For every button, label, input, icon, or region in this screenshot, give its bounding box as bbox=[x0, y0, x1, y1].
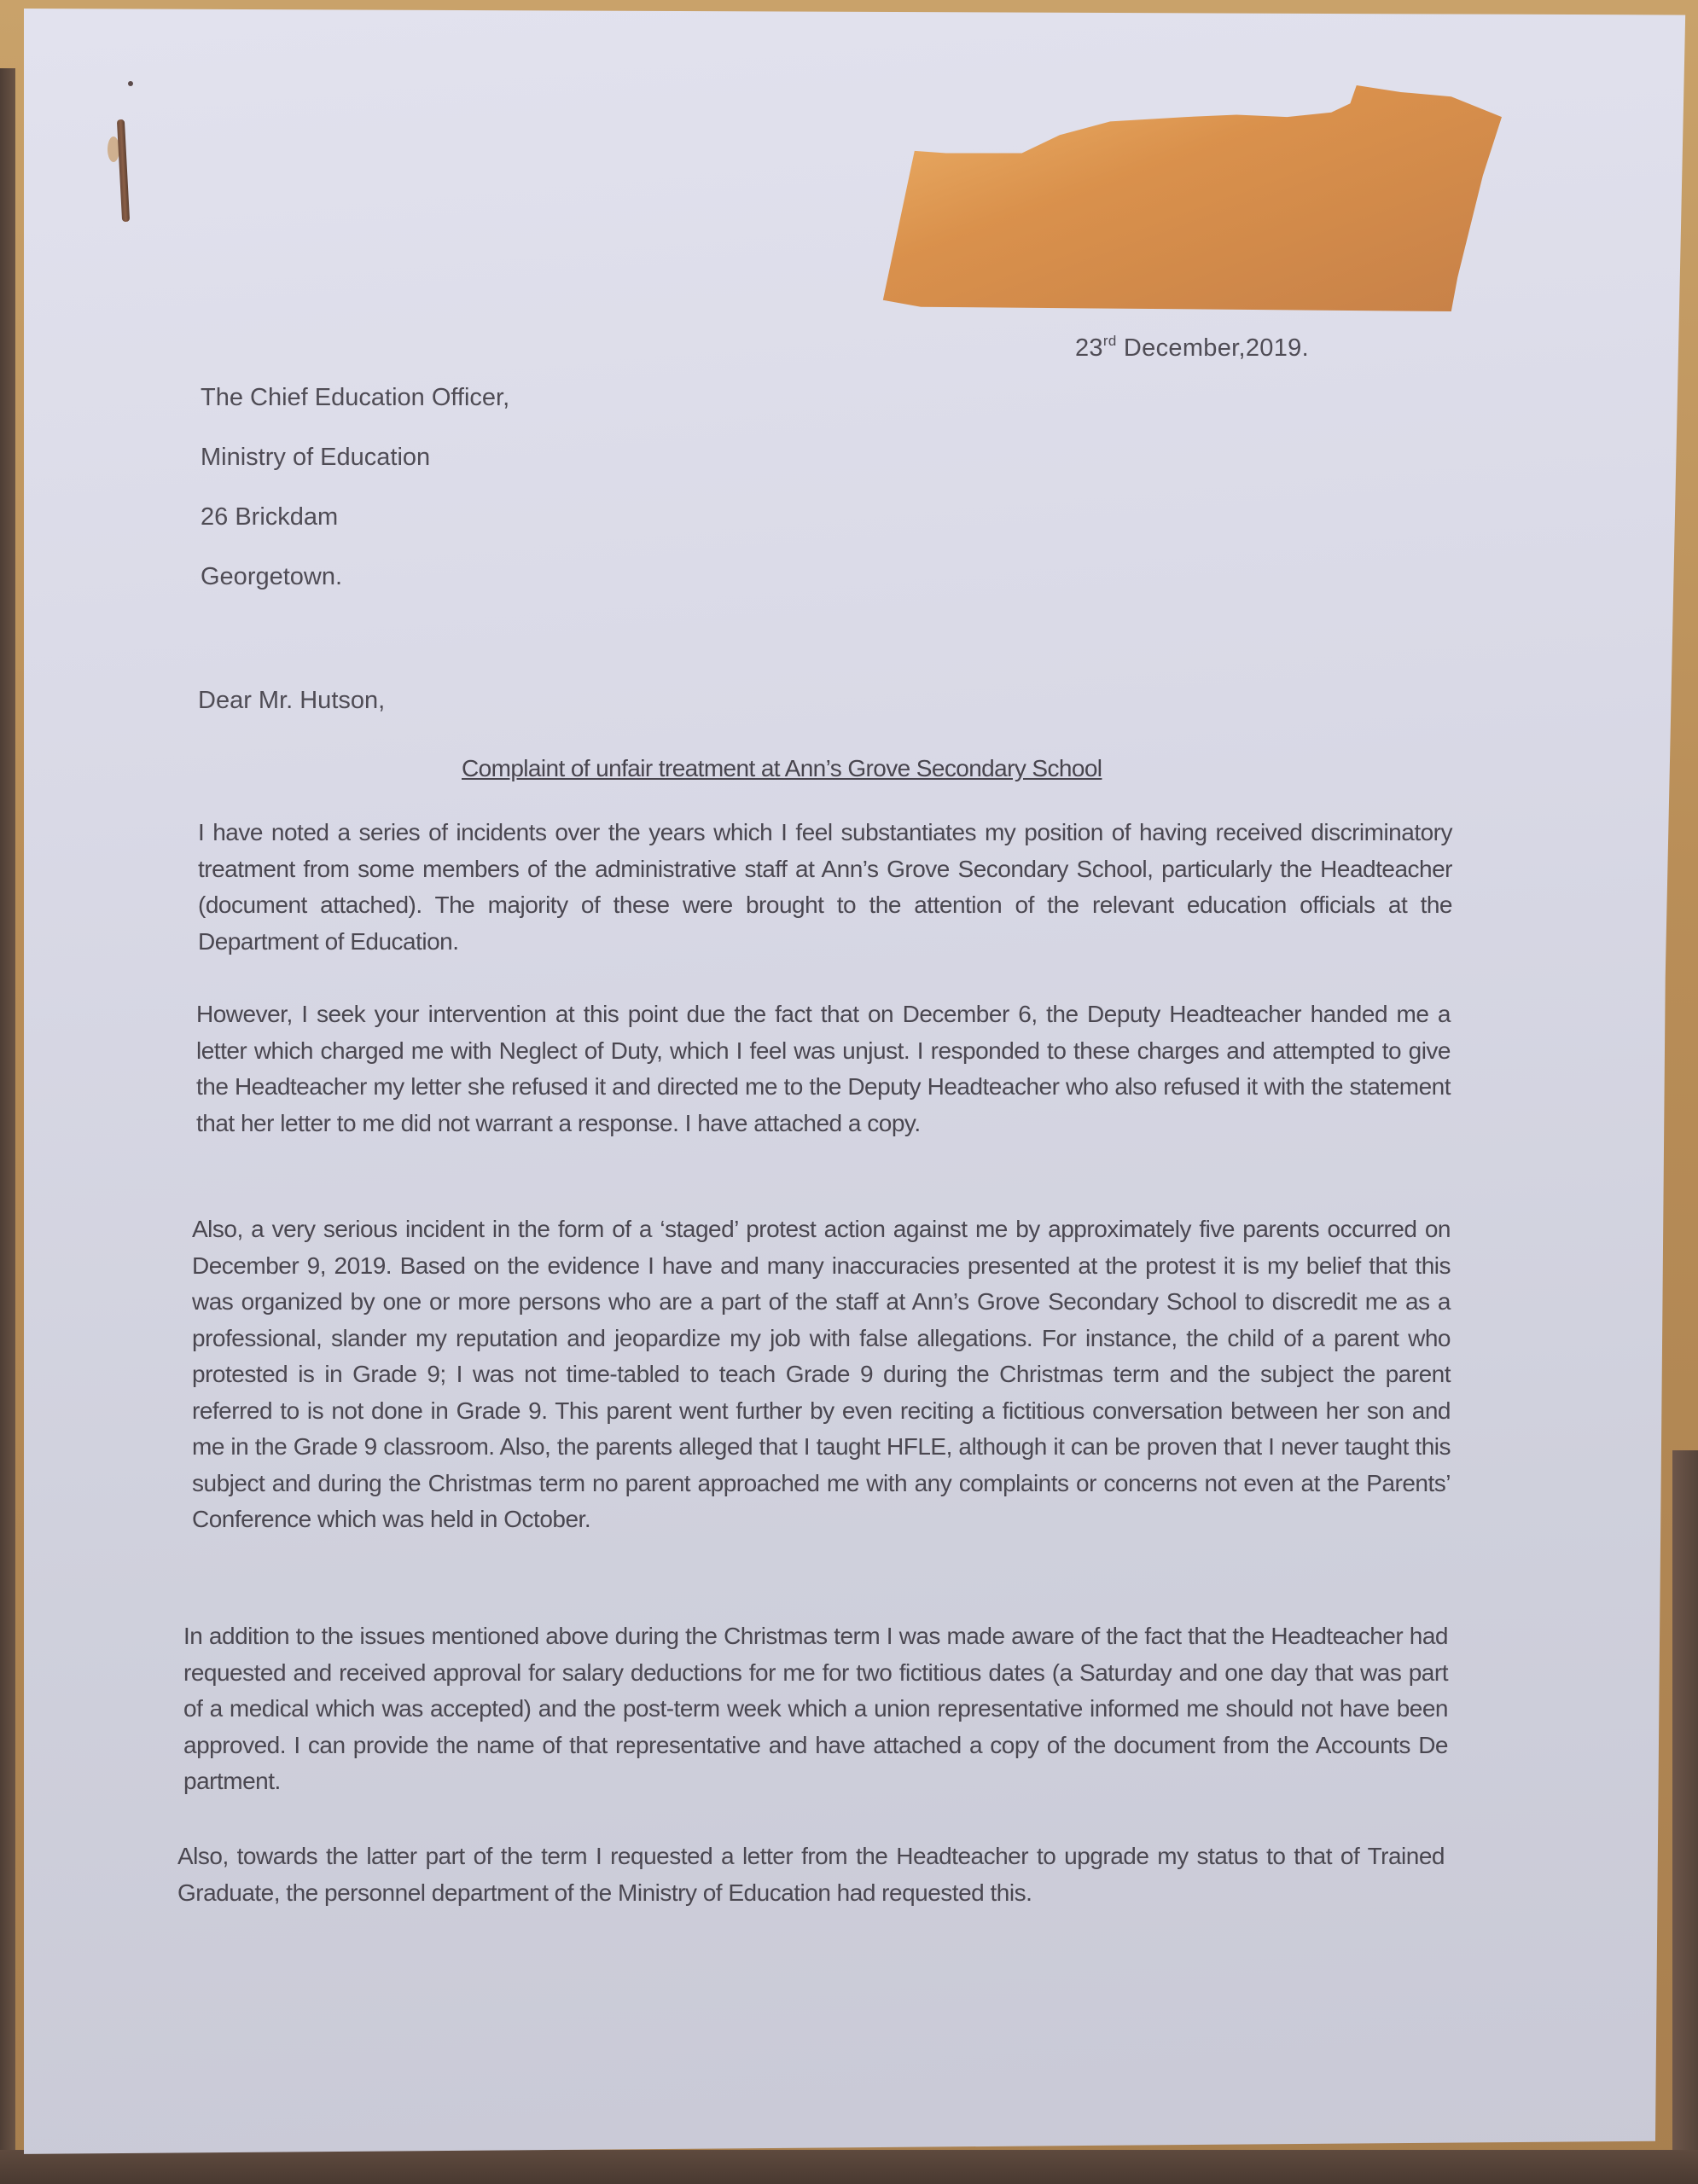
background-surface-right bbox=[1672, 1450, 1698, 2184]
recipient-line-2: Ministry of Education bbox=[201, 444, 430, 472]
date-ordinal: rd bbox=[1103, 333, 1117, 349]
background-surface-bottom bbox=[0, 2150, 1698, 2184]
date-rest: December,2019. bbox=[1117, 334, 1309, 362]
paragraph-5: Also, towards the latter part of the ter… bbox=[177, 1838, 1445, 1911]
recipient-line-1: The Chief Education Officer, bbox=[201, 384, 509, 412]
paragraph-4: In addition to the issues mentioned abov… bbox=[183, 1618, 1448, 1800]
paragraph-1: I have noted a series of incidents over … bbox=[198, 815, 1452, 960]
subject-line: Complaint of unfair treatment at Ann’s G… bbox=[462, 755, 1102, 782]
recipient-line-3: 26 Brickdam bbox=[201, 503, 338, 531]
letter-date: 23rd December,2019. bbox=[1075, 333, 1309, 363]
salutation: Dear Mr. Hutson, bbox=[198, 687, 385, 715]
ink-speck bbox=[128, 81, 133, 86]
paragraph-3: Also, a very serious incident in the for… bbox=[192, 1211, 1451, 1538]
date-day: 23 bbox=[1075, 334, 1103, 362]
background-surface-left bbox=[0, 68, 15, 2184]
paragraph-2: However, I seek your intervention at thi… bbox=[196, 996, 1451, 1141]
recipient-line-4: Georgetown. bbox=[201, 563, 342, 591]
